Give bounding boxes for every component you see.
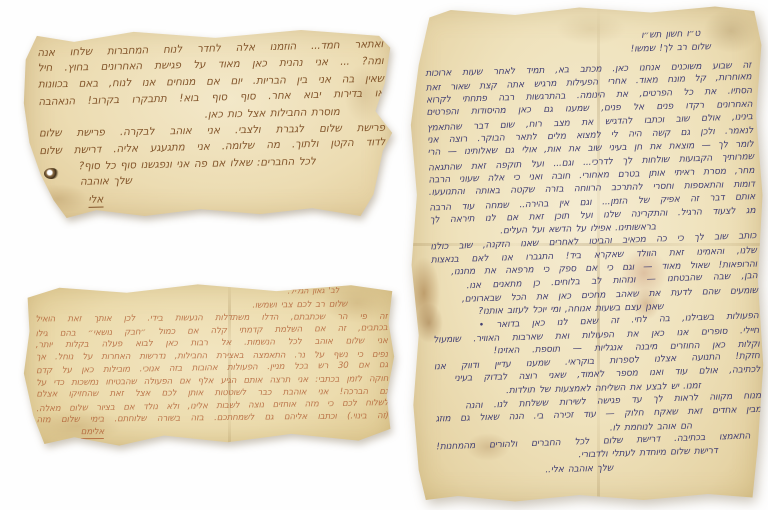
scanned-letters-collage: ואתאר חמד... הוזמנו אלה לחדר לנוח המחברו… (0, 0, 768, 510)
letter-text: ט״ו חשון תש״ו שלום רב לך! שמשו! זה שבוע … (424, 26, 763, 479)
signature-underlined: אלימם (81, 426, 104, 438)
aged-paper: לב' גאון הגליל. שלום רב לכם צבי ושמשו. ז… (22, 281, 396, 449)
aged-paper: ואתאר חמד... הוזמנו אלה לחדר לנוח המחברו… (22, 24, 394, 222)
note-top-left-text: ואתאר חמד... הוזמנו אלה לחדר לנוח המחברו… (37, 37, 386, 208)
note-fragment-top-left: ואתאר חמד... הוזמנו אלה לחדר לנוח המחברו… (22, 24, 394, 222)
signature: אלימם (37, 423, 389, 438)
note-fragment-bottom-left: לב' גאון הגליל. שלום רב לכם צבי ושמשו. ז… (22, 281, 396, 449)
signature-underlined: אלי (88, 193, 103, 207)
aged-paper: ט״ו חשון תש״ו שלום רב לך! שמשו! זה שבוע … (408, 5, 765, 505)
note-bottom-left-text: לב' גאון הגליל. שלום רב לכם צבי ושמשו. ז… (35, 285, 389, 439)
letter-page: ט״ו חשון תש״ו שלום רב לך! שמשו! זה שבוע … (408, 5, 765, 505)
